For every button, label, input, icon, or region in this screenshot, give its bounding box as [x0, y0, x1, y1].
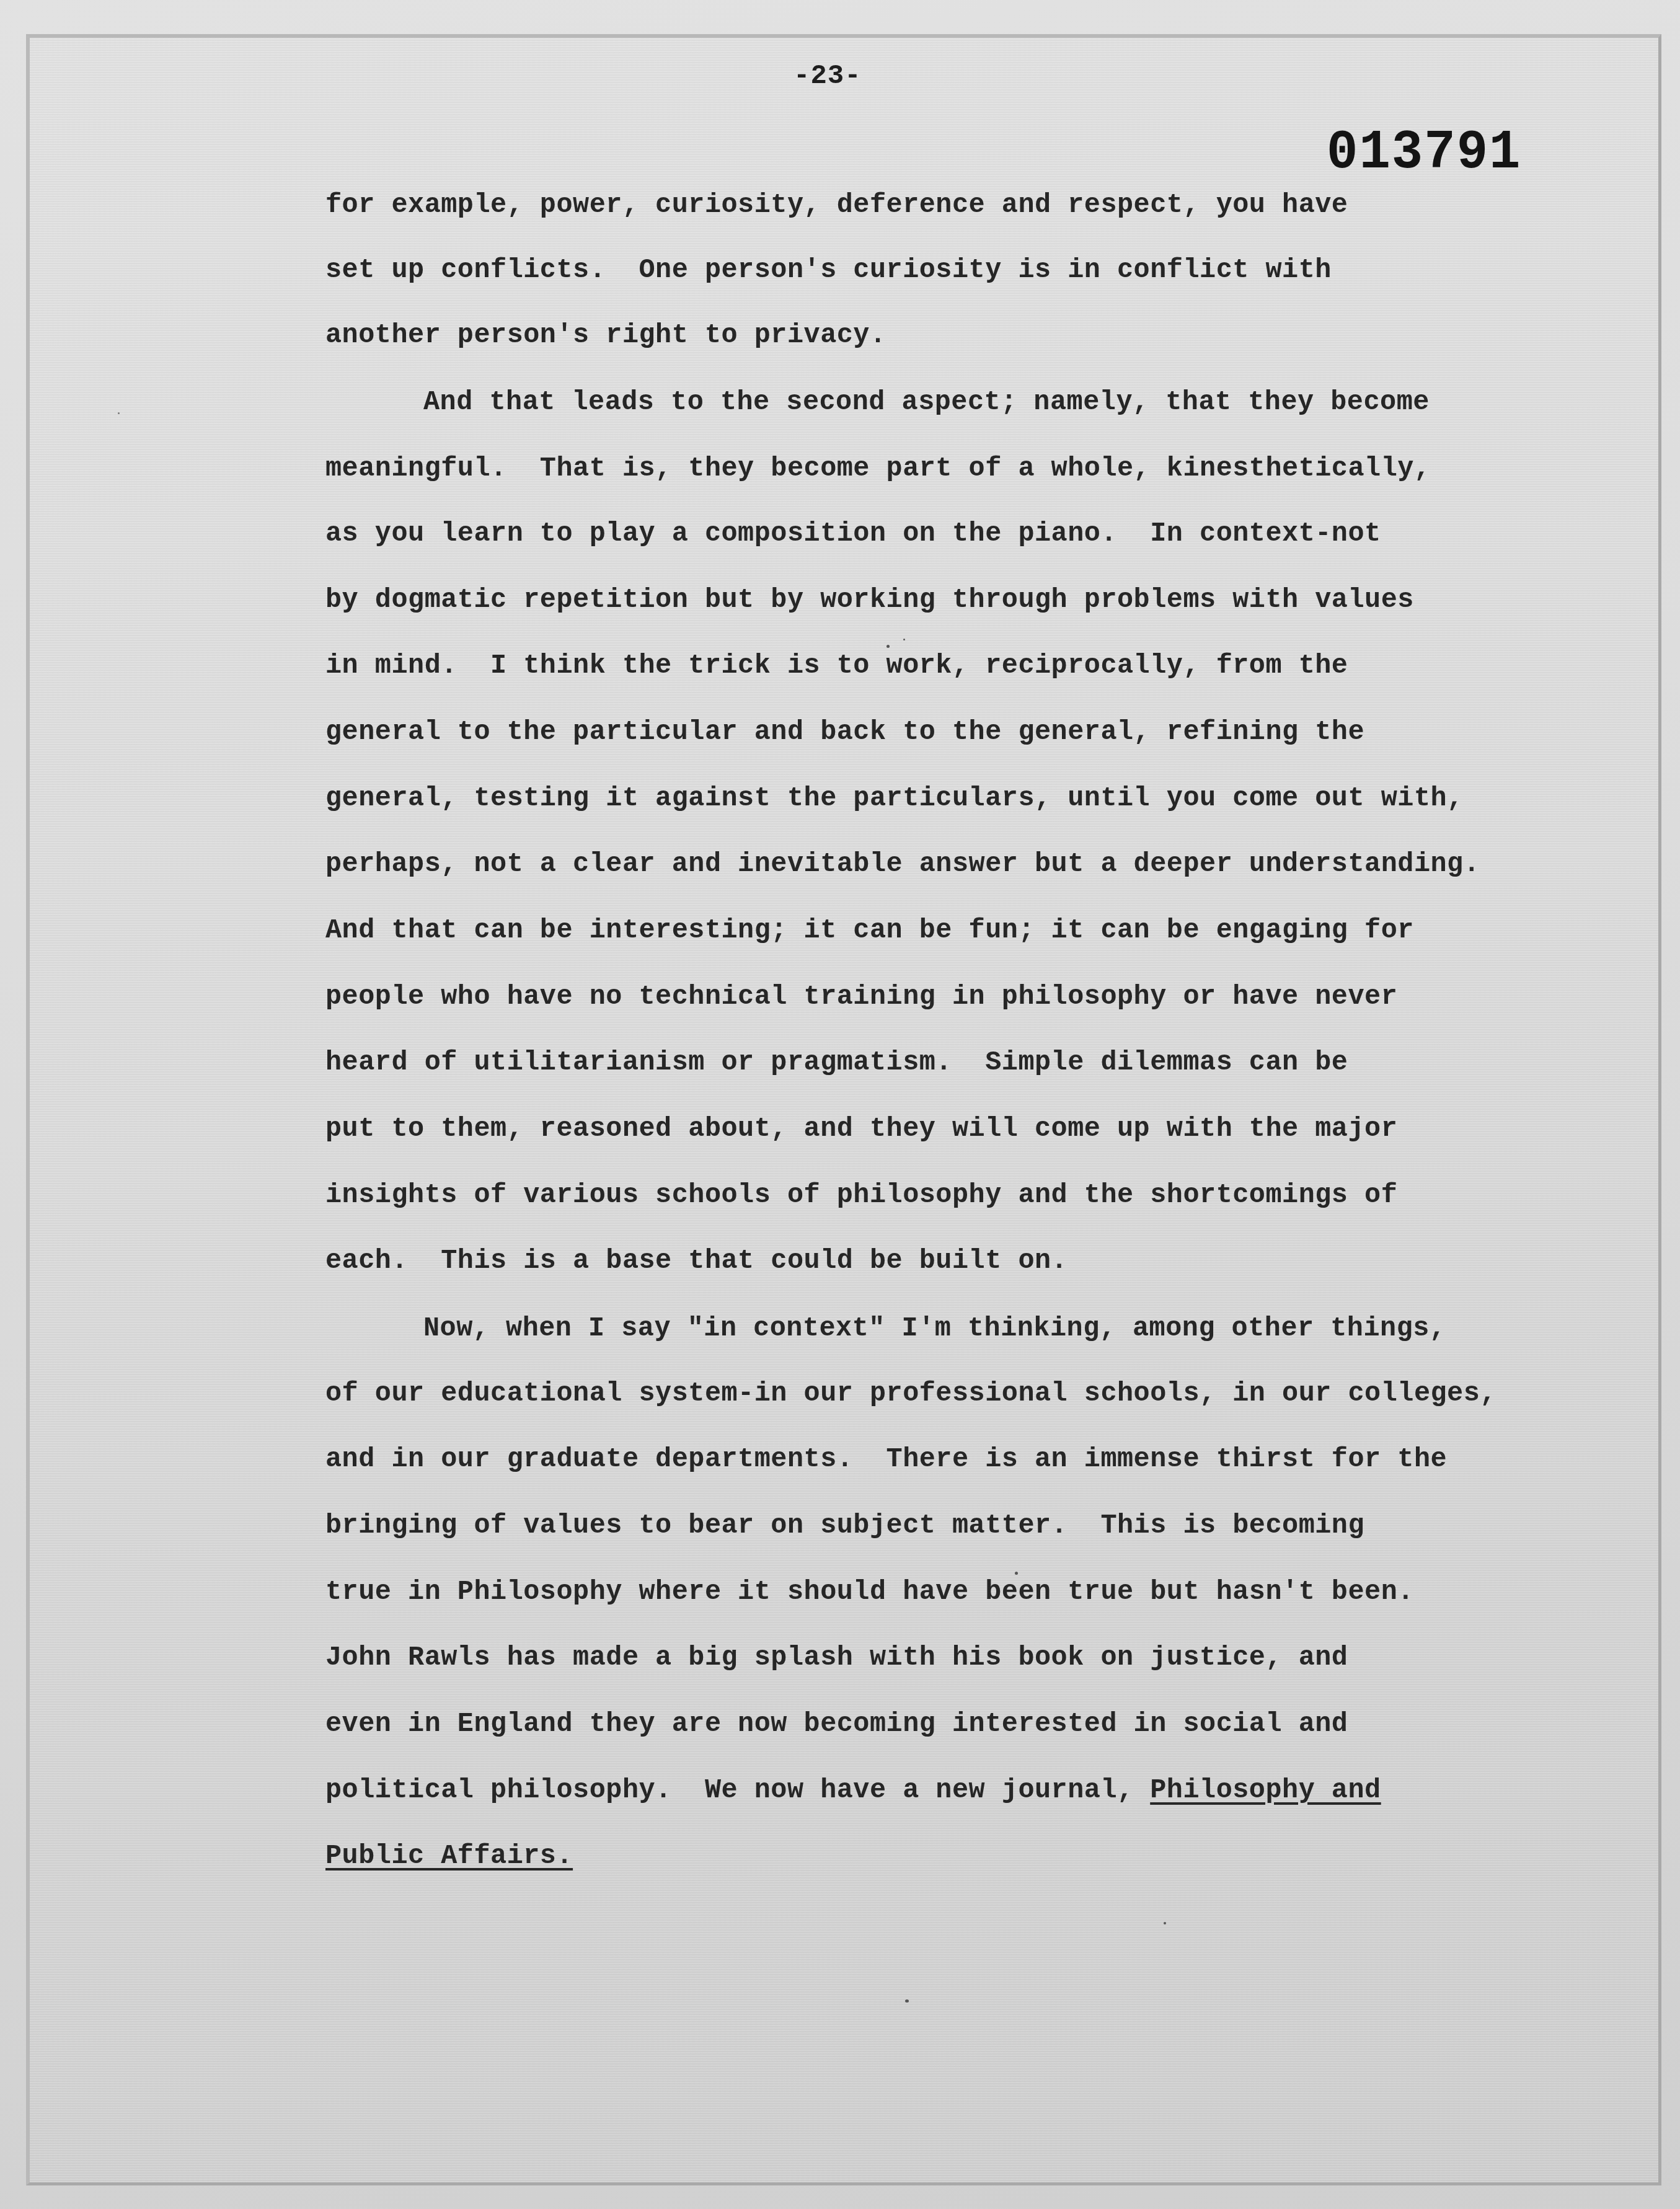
- text-line: people who have no technical training in…: [325, 984, 1397, 1011]
- text-line-prefix: political philosophy. We now have a new …: [325, 1776, 1150, 1806]
- text-line: And that can be interesting; it can be f…: [325, 918, 1414, 945]
- scan-speck: [1164, 1922, 1166, 1924]
- text-line: even in England they are now becoming in…: [325, 1711, 1348, 1738]
- paragraph-start-line: And that leads to the second aspect; nam…: [423, 389, 1430, 417]
- text-line: as you learn to play a composition on th…: [325, 521, 1381, 548]
- text-line: put to them, reasoned about, and they wi…: [325, 1116, 1397, 1143]
- text-line: political philosophy. We now have a new …: [325, 1777, 1381, 1805]
- text-line: true in Philosophy where it should have …: [325, 1579, 1414, 1606]
- text-line: Public Affairs.: [325, 1843, 573, 1870]
- text-line: heard of utilitarianism or pragmatism. S…: [325, 1050, 1348, 1077]
- text-line: bringing of values to bear on subject ma…: [325, 1513, 1364, 1540]
- text-line: perhaps, not a clear and inevitable answ…: [325, 851, 1480, 879]
- journal-title-underlined: Philosophy and: [1150, 1776, 1381, 1806]
- scan-speck: [905, 1999, 909, 2003]
- text-line: John Rawls has made a big splash with hi…: [325, 1645, 1348, 1672]
- scan-speck: [903, 639, 905, 640]
- text-line: for example, power, curiosity, deference…: [325, 192, 1348, 219]
- scan-speck: [886, 645, 890, 648]
- text-line: general to the particular and back to th…: [325, 719, 1364, 746]
- scan-speck: [1015, 1572, 1018, 1575]
- journal-title-underlined: Public Affairs.: [325, 1841, 573, 1872]
- text-line: another person's right to privacy.: [325, 322, 886, 350]
- text-line: by dogmatic repetition but by working th…: [325, 587, 1414, 614]
- scanned-page-background: -23- 013791 for example, power, curiosit…: [0, 0, 1680, 2209]
- text-line: of our educational system-in our profess…: [325, 1381, 1497, 1408]
- paragraph-start-line: Now, when I say "in context" I'm thinkin…: [423, 1316, 1446, 1343]
- text-line: in mind. I think the trick is to work, r…: [325, 653, 1348, 680]
- scan-speck: [118, 412, 120, 414]
- text-line: and in our graduate departments. There i…: [325, 1446, 1447, 1474]
- document-id-stamp: 013791: [1327, 123, 1521, 185]
- page-number: -23-: [794, 61, 862, 92]
- text-line: each. This is a base that could be built…: [325, 1248, 1068, 1275]
- text-line: insights of various schools of philosoph…: [325, 1182, 1397, 1210]
- text-line: meaningful. That is, they become part of…: [325, 456, 1431, 483]
- page-frame: [26, 34, 1661, 2185]
- text-line: set up conflicts. One person's curiosity…: [325, 257, 1332, 285]
- text-line: general, testing it against the particul…: [325, 786, 1464, 813]
